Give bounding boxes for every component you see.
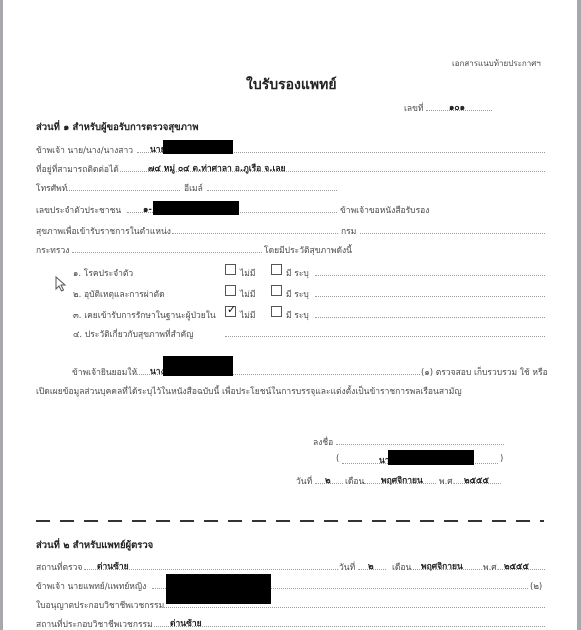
consent-label: ข้าพเจ้ายินยอมให้: [72, 365, 137, 379]
attachment-note: เอกสารแนบท้ายประกาศฯ: [452, 57, 541, 70]
yes-label: มี ระบุ: [286, 266, 309, 280]
number-value: ๑๐๑: [449, 100, 465, 114]
sign-label: ลงชื่อ: [313, 435, 333, 449]
phone-field[interactable]: [66, 181, 180, 191]
practice-place-field[interactable]: [154, 617, 545, 627]
doctor-label: ข้าพเจ้า นายแพทย์/แพทย์หญิง: [36, 579, 146, 593]
sign-close-paren: ): [500, 454, 503, 464]
history-item-1: ๑. โรคประจำตัว: [73, 266, 133, 280]
address-label: ที่อยู่ที่สามารถติดต่อได้: [36, 162, 119, 176]
no-label: ไม่มี: [240, 287, 255, 301]
practice-place-value: ด่านซ้าย: [170, 616, 202, 630]
license-label: ใบอนุญาตประกอบวิชาชีพเวชกรรม: [36, 598, 164, 612]
month-value: พฤศจิกายน: [381, 473, 423, 487]
consent-line2: เปิดเผยข้อมูลส่วนบุคคลที่ได้ระบุไว้ในหนั…: [36, 384, 462, 398]
mouse-cursor-icon: [55, 276, 66, 292]
history-1-detail-field[interactable]: [315, 266, 545, 276]
signature-field[interactable]: [336, 435, 504, 445]
email-field[interactable]: [207, 181, 337, 191]
history-intro: โดยมีประวัติสุขภาพดังนี้: [264, 243, 352, 257]
yes-label: มี ระบุ: [286, 308, 309, 322]
history-item-3: ๓. เคยเข้ารับการรักษาในฐานะผู้ป่วยใน: [73, 308, 216, 322]
history-item-4: ๔. ประวัติเกี่ยวกับสุขภาพที่สำคัญ: [73, 327, 193, 341]
exam-place-label: สถานที่ตรวจ: [36, 560, 82, 574]
redaction-box: [163, 356, 233, 376]
exam-year-label: พ.ศ.: [483, 560, 499, 574]
ministry-label: กระทรวง: [36, 243, 69, 257]
no-label: ไม่มี: [240, 266, 255, 280]
consent-tail: (๑) ตรวจสอบ เก็บรวบรวม ใช้ หรือ: [421, 365, 548, 379]
department-label: กรม: [341, 224, 356, 238]
request-label: ข้าพเจ้าขอหนังสือรับรอง: [340, 203, 429, 217]
doctor-tail: (๒): [530, 579, 542, 593]
practice-place-label: สถานที่ประกอบวิชาชีพเวชกรรม: [36, 617, 153, 630]
history-3-yes-checkbox[interactable]: [271, 306, 282, 317]
exam-month-label: เดือน: [392, 560, 411, 574]
redaction-box: [153, 201, 239, 215]
page-border-right: [577, 0, 581, 630]
phone-label: โทรศัพท์: [36, 181, 67, 195]
id-value: ๑-: [143, 202, 152, 216]
email-label: อีเมล์: [184, 181, 203, 195]
part1-heading: ส่วนที่ ๑ สำหรับผู้ขอรับการตรวจสุขภาพ: [36, 120, 198, 135]
history-3-no-checkbox[interactable]: ✓: [225, 306, 236, 317]
yes-label: มี ระบุ: [286, 287, 309, 301]
redaction-box: [163, 140, 233, 154]
redaction-box: [388, 450, 474, 465]
history-2-yes-checkbox[interactable]: [271, 285, 282, 296]
department-field[interactable]: [360, 224, 545, 234]
day-value: ๒: [325, 473, 331, 487]
section-divider: [36, 520, 544, 522]
exam-day-label: วันที่: [339, 560, 355, 574]
position-field[interactable]: [172, 224, 338, 234]
history-3-detail-field[interactable]: [315, 308, 545, 318]
day-label: วันที่: [296, 474, 312, 488]
redaction-box: [166, 574, 271, 604]
no-label: ไม่มี: [240, 308, 255, 322]
history-1-no-checkbox[interactable]: [225, 264, 236, 275]
history-2-detail-field[interactable]: [315, 287, 545, 297]
history-1-yes-checkbox[interactable]: [271, 264, 282, 275]
part2-heading: ส่วนที่ ๒ สำหรับแพทย์ผู้ตรวจ: [36, 538, 153, 553]
exam-place-value: ด่านซ้าย: [97, 559, 129, 573]
month-label: เดือน: [345, 474, 364, 488]
number-label: เลขที่: [404, 101, 424, 115]
address-value: ๗๔ หมู่ ๐๔ ต.ท่าศาลา อ.ภูเรือ จ.เลย: [148, 161, 286, 175]
check-icon: ✓: [227, 304, 236, 315]
year-label: พ.ศ.: [439, 474, 455, 488]
exam-day-value: ๒: [368, 559, 374, 573]
document-title: ใบรับรองแพทย์: [246, 74, 337, 96]
sign-open-paren: (: [336, 454, 339, 464]
history-item-2: ๒. อุบัติเหตุและการผ่าตัด: [73, 287, 165, 301]
id-label: เลขประจำตัวประชาชน: [36, 203, 121, 217]
position-label: สุขภาพเพื่อเข้ารับราชการในตำแหน่ง: [36, 224, 171, 238]
history-4-detail-field[interactable]: [225, 327, 545, 337]
exam-month-value: พฤศจิกายน: [421, 559, 463, 573]
history-2-no-checkbox[interactable]: [225, 285, 236, 296]
page-border-left: [0, 0, 3, 630]
ministry-field[interactable]: [72, 243, 262, 253]
year-value: ๒๕๕๕: [464, 473, 489, 487]
name-label: ข้าพเจ้า นาย/นาง/นางสาว: [36, 143, 133, 157]
exam-year-value: ๒๕๕๕: [504, 559, 529, 573]
